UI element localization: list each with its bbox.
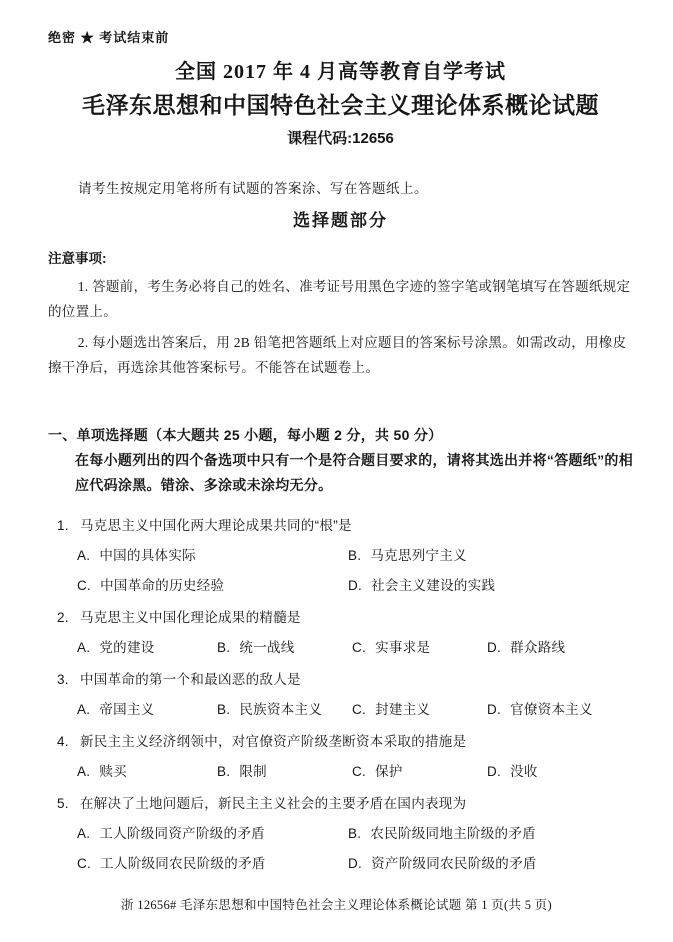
- question-text: 马克思主义中国化理论成果的精髓是: [80, 603, 301, 633]
- question-number: 3.: [57, 665, 80, 695]
- option-label: C.: [77, 856, 91, 871]
- question-text: 马克思主义中国化两大理论成果共同的“根”是: [80, 511, 352, 541]
- option-text: 马克思列宁主义: [370, 548, 467, 563]
- answer-sheet-instruction: 请考生按规定用笔将所有试题的答案涂、写在答题纸上。: [48, 180, 633, 198]
- question-2-option-a: A.党的建设: [77, 633, 217, 663]
- notice-item-2: 2. 每小题选出答案后，用 2B 铅笔把答题纸上对应题目的答案标号涂黑。如需改动…: [48, 330, 633, 380]
- question-2-option-b: B.统一战线: [217, 633, 352, 663]
- question-1: 1. 马克思主义中国化两大理论成果共同的“根”是 A.中国的具体实际 B.马克思…: [48, 511, 633, 601]
- option-label: D.: [487, 640, 501, 655]
- exam-title: 全国 2017 年 4 月高等教育自学考试: [48, 60, 633, 85]
- classification-label: 绝密 ★ 考试结束前: [48, 30, 633, 46]
- option-label: B.: [348, 826, 361, 841]
- option-label: C.: [352, 702, 366, 717]
- option-text: 官僚资本主义: [510, 702, 593, 717]
- question-1-option-b: B.马克思列宁主义: [348, 541, 633, 571]
- question-text: 新民主主义经济纲领中，对官僚资产阶级垄断资本采取的措施是: [80, 727, 466, 757]
- option-group: A.中国的具体实际 B.马克思列宁主义 C.中国革命的历史经验 D.社会主义建设…: [77, 541, 633, 601]
- question-3-option-a: A.帝国主义: [77, 695, 217, 725]
- question-1-option-d: D.社会主义建设的实践: [348, 571, 633, 601]
- question-5-option-d: D.资产阶级同农民阶级的矛盾: [348, 849, 633, 879]
- option-text: 中国革命的历史经验: [100, 578, 224, 593]
- option-text: 社会主义建设的实践: [371, 578, 495, 593]
- question-stem: 1. 马克思主义中国化两大理论成果共同的“根”是: [48, 511, 633, 541]
- page-footer: 浙 12656# 毛泽东思想和中国特色社会主义理论体系概论试题 第 1 页(共 …: [0, 897, 673, 914]
- question-number: 4.: [57, 727, 80, 757]
- option-label: D.: [487, 702, 501, 717]
- option-text: 统一战线: [239, 640, 294, 655]
- question-2-option-d: D.群众路线: [487, 633, 633, 663]
- option-group: A.赎买 B.限制 C.保护 D.没收: [77, 757, 633, 787]
- option-group: A.党的建设 B.统一战线 C.实事求是 D.群众路线: [77, 633, 633, 663]
- option-group: A.帝国主义 B.民族资本主义 C.封建主义 D.官僚资本主义: [77, 695, 633, 725]
- question-5-option-a: A.工人阶级同资产阶级的矛盾: [77, 819, 348, 849]
- option-text: 保护: [375, 764, 403, 779]
- option-group: A.工人阶级同资产阶级的矛盾 B.农民阶级同地主阶级的矛盾 C.工人阶级同农民阶…: [77, 819, 633, 879]
- question-3-option-b: B.民族资本主义: [217, 695, 352, 725]
- question-4-option-a: A.赎买: [77, 757, 217, 787]
- question-2-option-c: C.实事求是: [352, 633, 487, 663]
- option-label: D.: [487, 764, 501, 779]
- question-4-option-c: C.保护: [352, 757, 487, 787]
- option-label: A.: [77, 702, 90, 717]
- option-text: 没收: [510, 764, 538, 779]
- option-text: 工人阶级同资产阶级的矛盾: [99, 826, 265, 841]
- question-1-option-c: C.中国革命的历史经验: [77, 571, 348, 601]
- paper-title: 毛泽东思想和中国特色社会主义理论体系概论试题: [48, 89, 633, 121]
- option-label: C.: [352, 640, 366, 655]
- question-number: 2.: [57, 603, 80, 633]
- option-label: D.: [348, 578, 362, 593]
- option-text: 工人阶级同农民阶级的矛盾: [100, 856, 266, 871]
- option-label: B.: [217, 702, 230, 717]
- option-text: 实事求是: [375, 640, 430, 655]
- option-text: 中国的具体实际: [99, 548, 196, 563]
- option-text: 农民阶级同地主阶级的矛盾: [370, 826, 536, 841]
- question-5-option-c: C.工人阶级同农民阶级的矛盾: [77, 849, 348, 879]
- question-stem: 2. 马克思主义中国化理论成果的精髓是: [48, 603, 633, 633]
- option-text: 民族资本主义: [239, 702, 322, 717]
- question-1-option-a: A.中国的具体实际: [77, 541, 348, 571]
- course-code: 课程代码:12656: [48, 128, 633, 149]
- section-note: 在每小题列出的四个备选项中只有一个是符合题目要求的，请将其选出并将“答题纸”的相…: [75, 448, 633, 498]
- option-text: 党的建设: [99, 640, 154, 655]
- option-text: 帝国主义: [99, 702, 154, 717]
- option-label: C.: [77, 578, 91, 593]
- option-label: D.: [348, 856, 362, 871]
- question-3-option-c: C.封建主义: [352, 695, 487, 725]
- option-label: A.: [77, 764, 90, 779]
- option-text: 封建主义: [375, 702, 430, 717]
- question-stem: 4. 新民主主义经济纲领中，对官僚资产阶级垄断资本采取的措施是: [48, 727, 633, 757]
- option-text: 群众路线: [510, 640, 565, 655]
- question-stem: 5. 在解决了土地问题后，新民主主义社会的主要矛盾在国内表现为: [48, 789, 633, 819]
- question-3-option-d: D.官僚资本主义: [487, 695, 633, 725]
- question-4-option-b: B.限制: [217, 757, 352, 787]
- question-number: 1.: [57, 511, 80, 541]
- notice-item-1: 1. 答题前，考生务必将自己的姓名、准考证号用黑色字迹的签字笔或钢笔填写在答题纸…: [48, 274, 633, 324]
- exam-page: 绝密 ★ 考试结束前 全国 2017 年 4 月高等教育自学考试 毛泽东思想和中…: [0, 0, 673, 879]
- option-label: A.: [77, 640, 90, 655]
- option-text: 限制: [239, 764, 267, 779]
- question-stem: 3. 中国革命的第一个和最凶恶的敌人是: [48, 665, 633, 695]
- question-2: 2. 马克思主义中国化理论成果的精髓是 A.党的建设 B.统一战线 C.实事求是…: [48, 603, 633, 663]
- question-5-option-b: B.农民阶级同地主阶级的矛盾: [348, 819, 633, 849]
- option-label: A.: [77, 826, 90, 841]
- option-text: 赎买: [99, 764, 127, 779]
- question-5: 5. 在解决了土地问题后，新民主主义社会的主要矛盾在国内表现为 A.工人阶级同资…: [48, 789, 633, 879]
- question-3: 3. 中国革命的第一个和最凶恶的敌人是 A.帝国主义 B.民族资本主义 C.封建…: [48, 665, 633, 725]
- option-label: B.: [217, 764, 230, 779]
- question-list: 1. 马克思主义中国化两大理论成果共同的“根”是 A.中国的具体实际 B.马克思…: [48, 511, 633, 879]
- notice-title: 注意事项:: [48, 250, 633, 268]
- question-4: 4. 新民主主义经济纲领中，对官僚资产阶级垄断资本采取的措施是 A.赎买 B.限…: [48, 727, 633, 787]
- question-number: 5.: [57, 789, 80, 819]
- option-label: B.: [348, 548, 361, 563]
- question-text: 在解决了土地问题后，新民主主义社会的主要矛盾在国内表现为: [80, 789, 466, 819]
- section-heading: 一、单项选择题（本大题共 25 小题，每小题 2 分，共 50 分）: [48, 423, 633, 448]
- question-text: 中国革命的第一个和最凶恶的敌人是: [80, 665, 301, 695]
- question-4-option-d: D.没收: [487, 757, 633, 787]
- option-text: 资产阶级同农民阶级的矛盾: [371, 856, 537, 871]
- option-label: C.: [352, 764, 366, 779]
- option-label: A.: [77, 548, 90, 563]
- option-label: B.: [217, 640, 230, 655]
- part-title: 选择题部分: [48, 209, 633, 233]
